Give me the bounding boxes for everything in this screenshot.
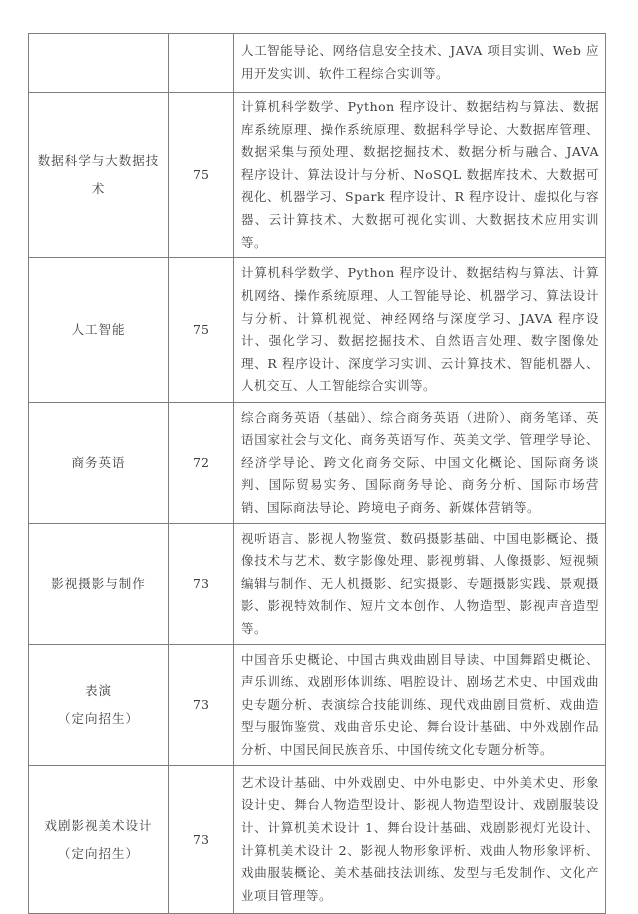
table-row: 影视摄影与制作 73 视听语言、影视人物鉴赏、数码摄影基础、中国电影概论、摄像技… — [29, 524, 606, 645]
major-cell: 表演 （定向招生） — [29, 645, 169, 766]
score-cell: 75 — [169, 258, 234, 403]
score-cell: 72 — [169, 403, 234, 524]
score-cell: 73 — [169, 766, 234, 914]
courses-cell: 中国音乐史概论、中国古典戏曲剧目导读、中国舞蹈史概论、声乐训练、戏剧形体训练、唱… — [234, 645, 606, 766]
table-row: 商务英语 72 综合商务英语（基础）、综合商务英语（进阶）、商务笔译、英语国家社… — [29, 403, 606, 524]
major-name: 影视摄影与制作 — [33, 570, 164, 598]
major-cell: 人工智能 — [29, 258, 169, 403]
score-cell: 73 — [169, 524, 234, 645]
table-row: 人工智能导论、网络信息安全技术、JAVA 项目实训、Web 应用开发实训、软件工… — [29, 34, 606, 93]
courses-cell: 计算机科学数学、Python 程序设计、数据结构与算法、数据库系统原理、操作系统… — [234, 93, 606, 258]
courses-cell: 计算机科学数学、Python 程序设计、数据结构与算法、计算机网络、操作系统原理… — [234, 258, 606, 403]
table-row: 表演 （定向招生） 73 中国音乐史概论、中国古典戏曲剧目导读、中国舞蹈史概论、… — [29, 645, 606, 766]
document-page: { "document": { "background_color": "#ff… — [0, 0, 638, 867]
major-cell — [29, 34, 169, 93]
major-subtitle: （定向招生） — [33, 840, 164, 868]
major-name: 戏剧影视美术设计 — [33, 812, 164, 840]
score-cell — [169, 34, 234, 93]
major-subtitle: （定向招生） — [33, 705, 164, 733]
majors-courses-table: 人工智能导论、网络信息安全技术、JAVA 项目实训、Web 应用开发实训、软件工… — [28, 33, 606, 914]
courses-cell: 人工智能导论、网络信息安全技术、JAVA 项目实训、Web 应用开发实训、软件工… — [234, 34, 606, 93]
courses-cell: 综合商务英语（基础）、综合商务英语（进阶）、商务笔译、英语国家社会与文化、商务英… — [234, 403, 606, 524]
major-cell: 商务英语 — [29, 403, 169, 524]
major-name: 数据科学与大数据技术 — [33, 147, 164, 203]
table-row: 数据科学与大数据技术 75 计算机科学数学、Python 程序设计、数据结构与算… — [29, 93, 606, 258]
major-cell: 数据科学与大数据技术 — [29, 93, 169, 258]
courses-cell: 视听语言、影视人物鉴赏、数码摄影基础、中国电影概论、摄像技术与艺术、数字影像处理… — [234, 524, 606, 645]
table-row: 戏剧影视美术设计 （定向招生） 73 艺术设计基础、中外戏剧史、中外电影史、中外… — [29, 766, 606, 914]
table-row: 人工智能 75 计算机科学数学、Python 程序设计、数据结构与算法、计算机网… — [29, 258, 606, 403]
major-name: 人工智能 — [33, 316, 164, 344]
majors-courses-table-container: 人工智能导论、网络信息安全技术、JAVA 项目实训、Web 应用开发实训、软件工… — [28, 33, 605, 914]
major-cell: 戏剧影视美术设计 （定向招生） — [29, 766, 169, 914]
major-name: 表演 — [33, 677, 164, 705]
score-cell: 73 — [169, 645, 234, 766]
major-cell: 影视摄影与制作 — [29, 524, 169, 645]
major-name: 商务英语 — [33, 449, 164, 477]
score-cell: 75 — [169, 93, 234, 258]
courses-cell: 艺术设计基础、中外戏剧史、中外电影史、中外美术史、形象设计史、舞台人物造型设计、… — [234, 766, 606, 914]
